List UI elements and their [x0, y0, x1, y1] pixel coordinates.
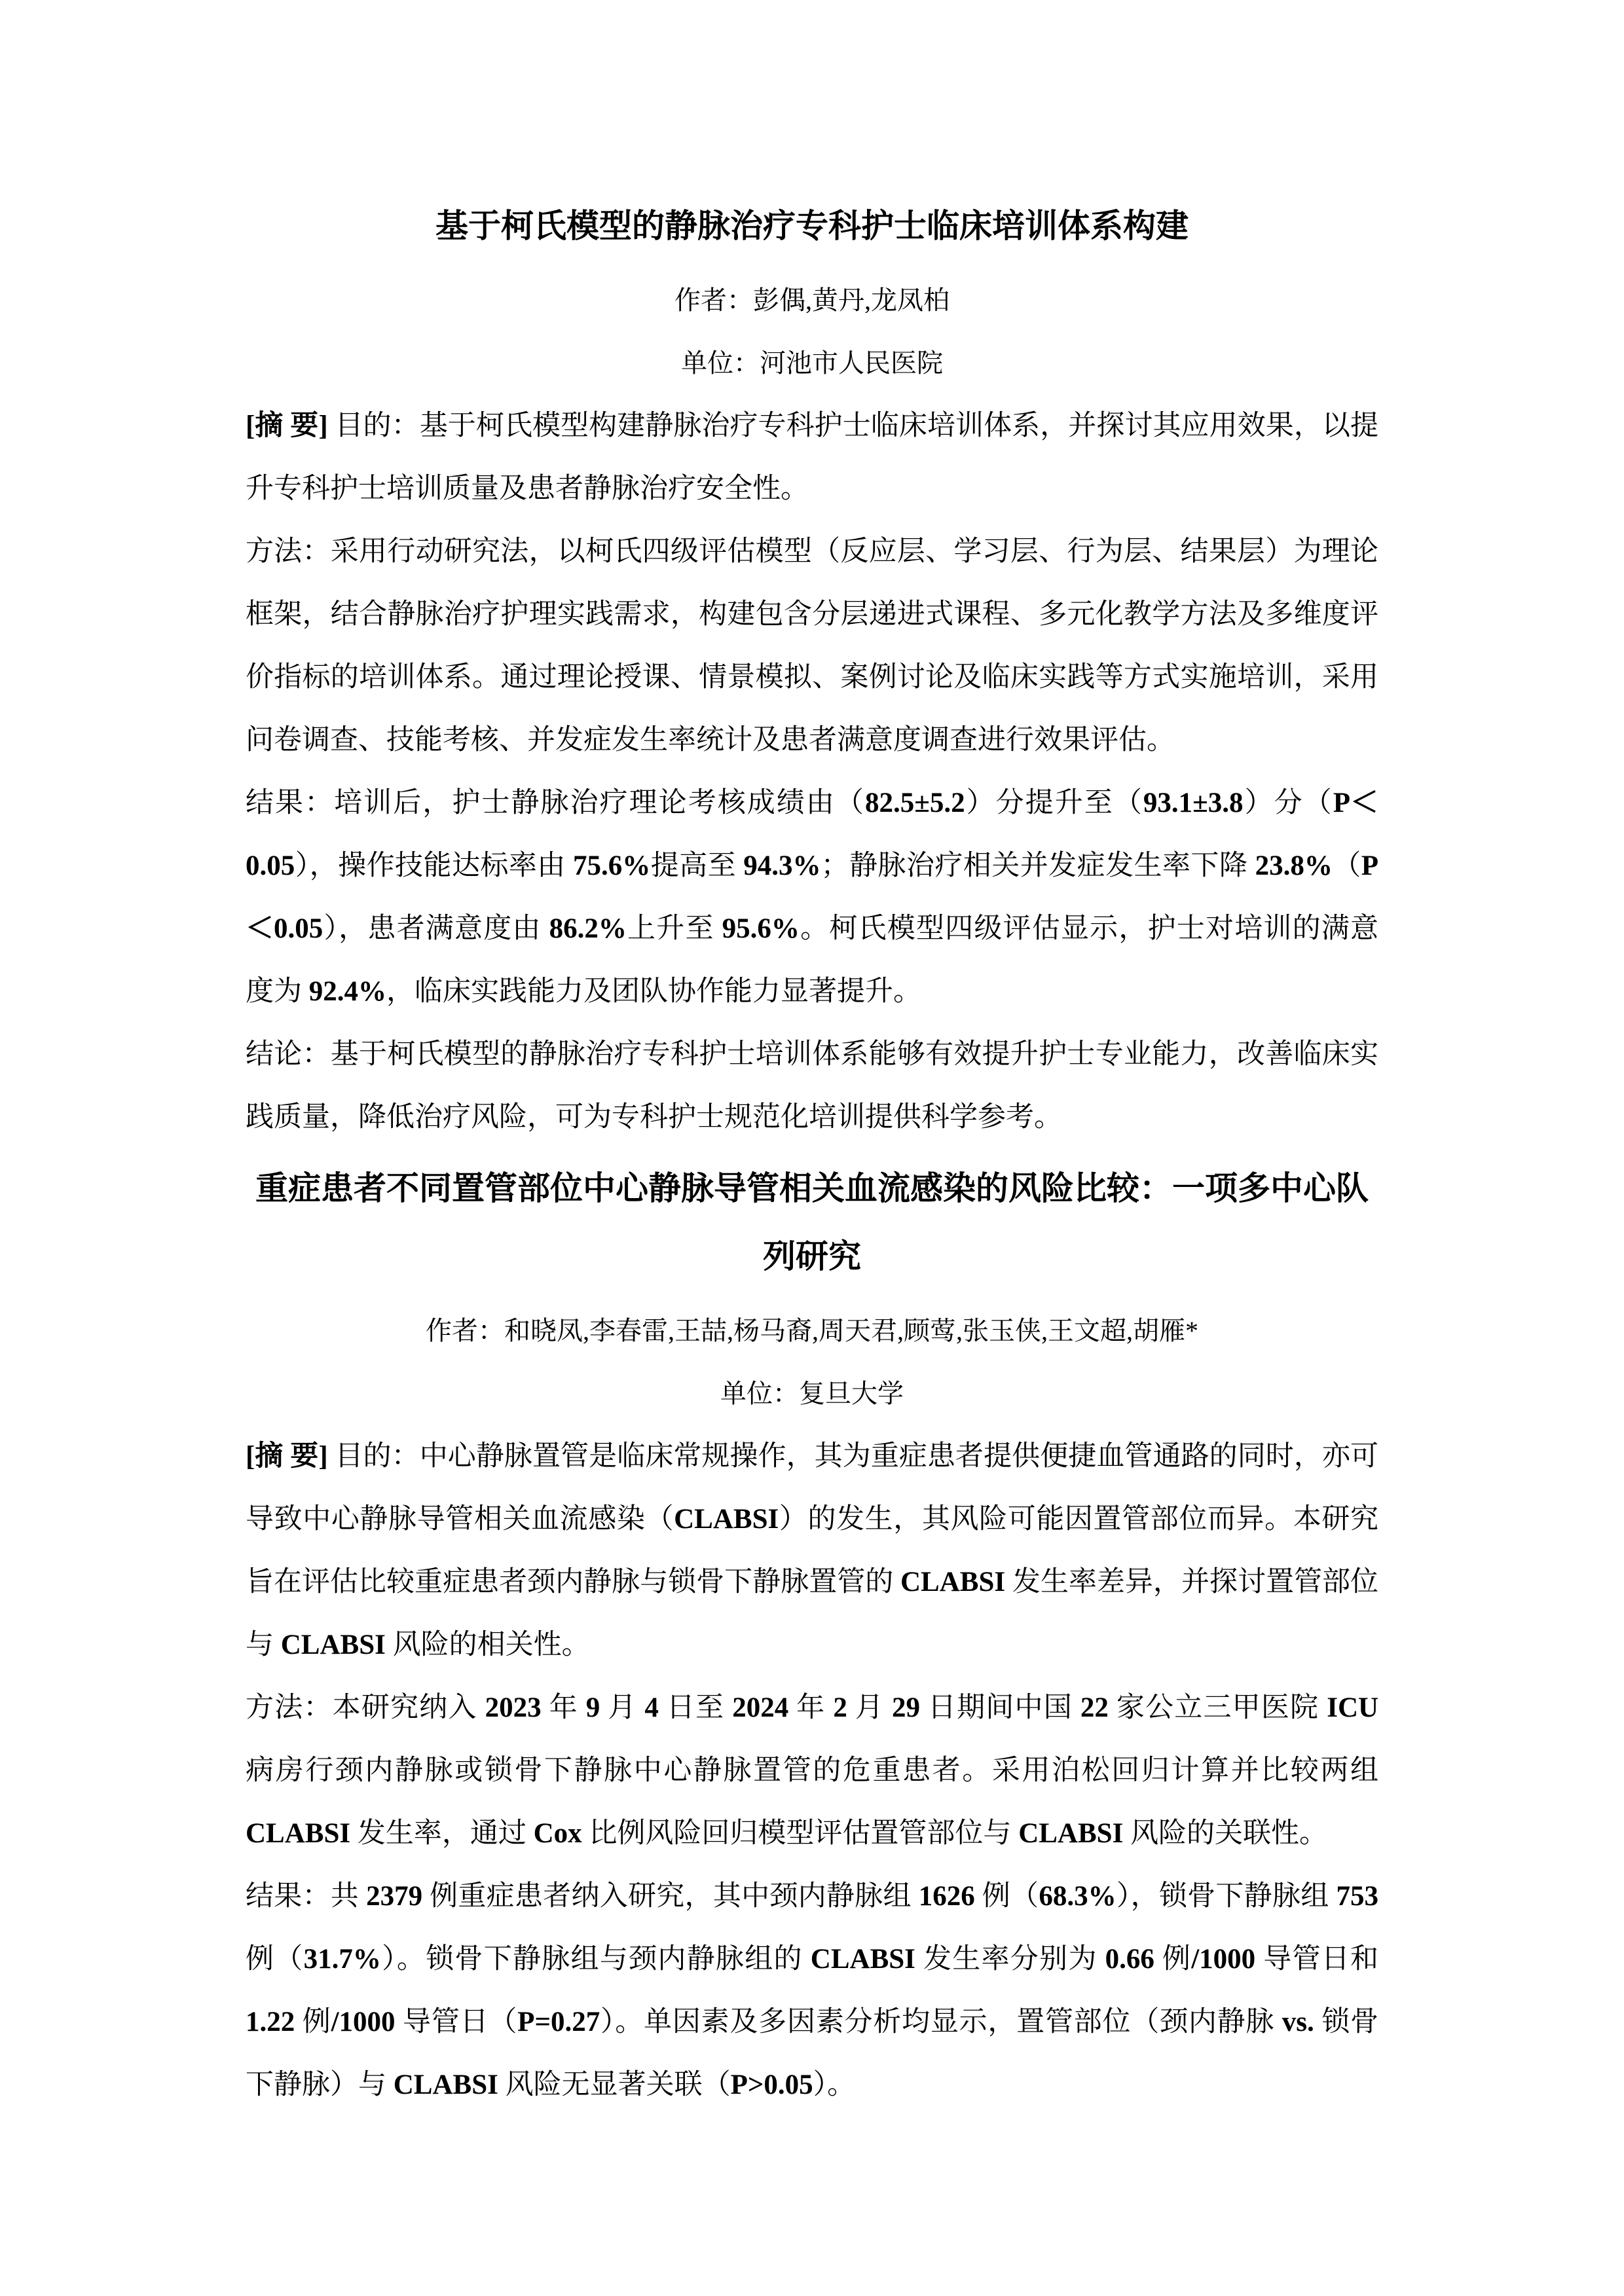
bold-text-run: 2: [833, 1692, 847, 1723]
results-paragraph-1: 结果：培训后，护士静脉治疗理论考核成绩由（82.5±5.2）分提升至（93.1±…: [246, 772, 1378, 1023]
abstract-section-1: 基于柯氏模型的静脉治疗专科护士临床培训体系构建 作者：彭偶,黄丹,龙凤柏 单位：…: [246, 192, 1378, 1149]
bold-text-run: ICU: [1327, 1692, 1378, 1723]
text-run: 方法：本研究纳入: [246, 1692, 485, 1723]
text-run: （: [1333, 850, 1361, 881]
text-run: 病房行颈内静脉或锁骨下静脉中心静脉置管的危重患者。采用泊松回归计算并比较两组: [246, 1755, 1378, 1786]
abstract-section-2: 重症患者不同置管部位中心静脉导管相关血流感染的风险比较：一项多中心队列研究 作者…: [246, 1154, 1378, 2117]
affiliation-line-1: 单位：河池市人民医院: [246, 332, 1378, 395]
text-run: ），锁骨下静脉组: [1116, 1881, 1337, 1912]
text-run: 家公立三甲医院: [1109, 1692, 1327, 1723]
methods-paragraph-1: 方法：采用行动研究法，以柯氏四级评估模型（反应层、学习层、行为层、结果层）为理论…: [246, 520, 1378, 772]
paper-title-2: 重症患者不同置管部位中心静脉导管相关血流感染的风险比较：一项多中心队列研究: [246, 1154, 1378, 1290]
text-run: 导管日（: [396, 2007, 518, 2037]
objective-paragraph-1: [摘 要] 目的：基于柯氏模型构建静脉治疗专科护士临床培训体系，并探讨其应用效果…: [246, 395, 1378, 520]
bold-text-run: 9: [586, 1692, 600, 1723]
bold-text-run: 31.7%: [304, 1944, 381, 1975]
bold-text-run: 94.3%: [743, 850, 821, 881]
bold-text-run: P=0.27: [517, 2007, 600, 2037]
bold-text-run: 1626: [919, 1881, 975, 1912]
text-run: 提高至: [650, 850, 743, 881]
bold-text-run: 75.6%: [573, 850, 650, 881]
bold-text-run: 22: [1080, 1692, 1109, 1723]
bold-text-run: 0.66: [1105, 1944, 1154, 1975]
authors-line-1: 作者：彭偶,黄丹,龙凤柏: [246, 269, 1378, 332]
text-run: 结果：培训后，护士静脉治疗理论考核成绩由（: [246, 788, 865, 818]
bold-text-run: 4: [644, 1692, 659, 1723]
bold-text-run: 2379: [366, 1881, 422, 1912]
bold-text-run: 95.6%: [722, 913, 800, 944]
bold-text-run: [摘 要]: [246, 1441, 328, 1472]
bold-text-run: 68.3%: [1039, 1881, 1116, 1912]
bold-text-run: CLABSI: [394, 2069, 498, 2100]
text-run: 上升至: [627, 913, 722, 944]
bold-text-run: 2024: [732, 1692, 788, 1723]
text-run: 比例风险回归模型评估置管部位与: [582, 1818, 1019, 1849]
text-run: 例: [295, 2007, 331, 2037]
text-run: 例重症患者纳入研究，其中颈内静脉组: [422, 1881, 919, 1912]
text-run: ，临床实践能力及团队协作能力显著提升。: [386, 976, 921, 1007]
bold-text-run: 2023: [485, 1692, 542, 1723]
text-run: 月: [847, 1692, 892, 1723]
bold-text-run: 753: [1337, 1881, 1379, 1912]
bold-text-run: CLABSI: [1018, 1818, 1123, 1849]
bold-text-run: 86.2%: [549, 913, 627, 944]
text-run: ），患者满意度由: [323, 913, 549, 944]
text-run: 导管日和: [1255, 1944, 1378, 1975]
authors-line-2: 作者：和晓凤,李春雷,王喆,杨马裔,周天君,顾莺,张玉侠,王文超,胡雁*: [246, 1300, 1378, 1362]
text-run: ）分（: [1244, 788, 1333, 818]
text-run: 风险的关联性。: [1123, 1818, 1327, 1849]
bold-text-run: 23.8%: [1255, 850, 1333, 881]
bold-text-run: CLABSI: [281, 1630, 386, 1660]
bold-text-run: Cox: [534, 1818, 582, 1849]
text-run: 年: [542, 1692, 586, 1723]
text-run: ）。锁骨下静脉组与颈内静脉组的: [381, 1944, 811, 1975]
bold-text-run: 1.22: [246, 2007, 295, 2037]
conclusion-paragraph-1: 结论：基于柯氏模型的静脉治疗专科护士培训体系能够有效提升护士专业能力，改善临床实…: [246, 1023, 1378, 1149]
bold-text-run: CLABSI: [246, 1818, 350, 1849]
text-run: 例: [1154, 1944, 1191, 1975]
text-run: 例（: [975, 1881, 1039, 1912]
objective-paragraph-2: [摘 要] 目的：中心静脉置管是临床常规操作，其为重症患者提供便捷血管通路的同时…: [246, 1425, 1378, 1677]
affiliation-line-2: 单位：复旦大学: [246, 1362, 1378, 1425]
text-run: 目的：基于柯氏模型构建静脉治疗专科护士临床培训体系，并探讨其应用效果，以提升专科…: [246, 410, 1378, 504]
text-run: ），操作技能达标率由: [295, 850, 573, 881]
text-run: 风险无显著关联（: [498, 2069, 731, 2100]
document-page: 基于柯氏模型的静脉治疗专科护士临床培训体系构建 作者：彭偶,黄丹,龙凤柏 单位：…: [0, 0, 1624, 2296]
paper-title-1: 基于柯氏模型的静脉治疗专科护士临床培训体系构建: [246, 192, 1378, 260]
text-run: ）分提升至（: [965, 788, 1143, 818]
text-run: 结论：基于柯氏模型的静脉治疗专科护士培训体系能够有效提升护士专业能力，改善临床实…: [246, 1039, 1378, 1133]
text-run: 风险的相关性。: [386, 1630, 590, 1660]
text-run: 例（: [246, 1944, 304, 1975]
text-run: 发生率，通过: [350, 1818, 534, 1849]
bold-text-run: /1000: [1191, 1944, 1255, 1975]
bold-text-run: vs.: [1282, 2007, 1314, 2037]
bold-text-run: 92.4%: [309, 976, 386, 1007]
bold-text-run: 93.1±3.8: [1143, 788, 1244, 818]
bold-text-run: P>0.05: [731, 2069, 813, 2100]
bold-text-run: 82.5±5.2: [865, 788, 965, 818]
text-run: ）。单因素及多因素分析均显示，置管部位（颈内静脉: [600, 2007, 1282, 2037]
methods-paragraph-2: 方法：本研究纳入 2023 年 9 月 4 日至 2024 年 2 月 29 日…: [246, 1677, 1378, 1865]
text-run: 日期间中国: [920, 1692, 1080, 1723]
text-run: 年: [788, 1692, 833, 1723]
text-run: 日至: [659, 1692, 732, 1723]
bold-text-run: [摘 要]: [246, 410, 328, 441]
bold-text-run: CLABSI: [811, 1944, 915, 1975]
text-run: 发生率分别为: [915, 1944, 1105, 1975]
text-run: 月: [600, 1692, 644, 1723]
text-run: 方法：采用行动研究法，以柯氏四级评估模型（反应层、学习层、行为层、结果层）为理论…: [246, 536, 1378, 756]
bold-text-run: CLABSI: [674, 1504, 779, 1535]
text-run: 结果：共: [246, 1881, 366, 1912]
text-run: ）。: [813, 2069, 856, 2100]
bold-text-run: /1000: [331, 2007, 396, 2037]
results-paragraph-2: 结果：共 2379 例重症患者纳入研究，其中颈内静脉组 1626 例（68.3%…: [246, 1865, 1378, 2117]
bold-text-run: CLABSI: [900, 1567, 1005, 1597]
text-run: ；静脉治疗相关并发症发生率下降: [821, 850, 1255, 881]
bold-text-run: 29: [892, 1692, 920, 1723]
